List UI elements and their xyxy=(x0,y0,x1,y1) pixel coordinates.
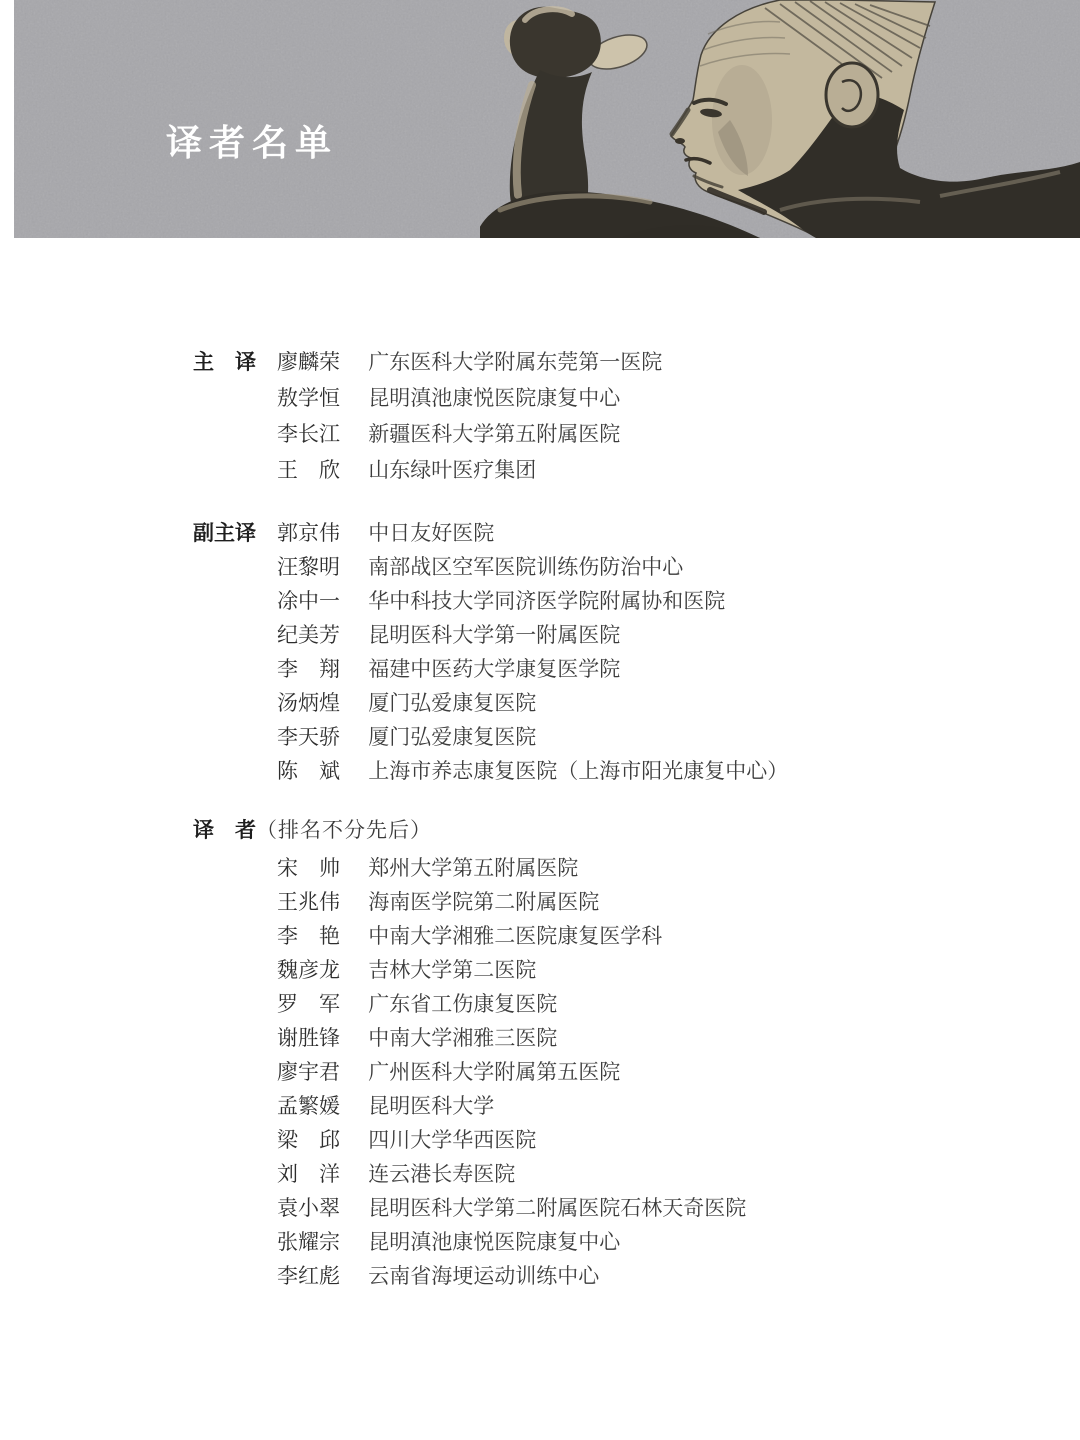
translator-name: 宋 帅 xyxy=(277,851,340,885)
translator-affiliation: 广东省工伤康复医院 xyxy=(368,992,557,1016)
translator-name: 李长江 xyxy=(277,416,340,452)
translator-name: 李 翔 xyxy=(277,652,340,686)
section-entries: 郭京伟 中日友好医院 汪黎明 南部战区空军医院训练伤防治中心 凃中一 华中科技大… xyxy=(277,516,1040,788)
translator-name: 汤炳煌 xyxy=(277,686,340,720)
section-role: 译 者 xyxy=(193,813,256,847)
translator-name: 李 艳 xyxy=(277,919,340,953)
translator-row: 孟繁媛 昆明医科大学 xyxy=(277,1089,1040,1123)
translator-row: 罗 军 广东省工伤康复医院 xyxy=(277,987,1040,1021)
translator-affiliation: 山东绿叶医疗集团 xyxy=(368,458,536,482)
translator-list: 主 译 廖麟荣 广东医科大学附属东莞第一医院 敖学恒 昆明滇池康悦医院康复中心 … xyxy=(193,344,1040,1293)
translator-affiliation: 南部战区空军医院训练伤防治中心 xyxy=(368,555,683,579)
translator-affiliation: 昆明滇池康悦医院康复中心 xyxy=(368,386,620,410)
translator-row: 郭京伟 中日友好医院 xyxy=(277,516,1040,550)
translator-row: 廖宇君 广州医科大学附属第五医院 xyxy=(277,1055,1040,1089)
translator-name: 廖麟荣 xyxy=(277,344,340,380)
translator-affiliation: 海南医学院第二附属医院 xyxy=(368,890,599,914)
translator-name: 罗 军 xyxy=(277,987,340,1021)
translator-row: 敖学恒 昆明滇池康悦医院康复中心 xyxy=(277,380,1040,416)
section-role-line: 主 译 xyxy=(193,344,256,380)
translator-affiliation: 吉林大学第二医院 xyxy=(368,958,536,982)
translator-affiliation: 中南大学湘雅三医院 xyxy=(368,1026,557,1050)
translator-name: 谢胜锋 xyxy=(277,1021,340,1055)
section-entries: 廖麟荣 广东医科大学附属东莞第一医院 敖学恒 昆明滇池康悦医院康复中心 李长江 … xyxy=(277,344,1040,488)
translator-name: 郭京伟 xyxy=(277,516,340,550)
section-role: 主 译 xyxy=(193,344,256,380)
translator-name: 凃中一 xyxy=(277,584,340,618)
translator-affiliation: 郑州大学第五附属医院 xyxy=(368,856,578,880)
translator-row: 谢胜锋 中南大学湘雅三医院 xyxy=(277,1021,1040,1055)
translator-row: 李 翔 福建中医药大学康复医学院 xyxy=(277,652,1040,686)
translator-affiliation: 四川大学华西医院 xyxy=(368,1128,536,1152)
translator-row: 纪美芳 昆明医科大学第一附属医院 xyxy=(277,618,1040,652)
translator-affiliation: 昆明医科大学 xyxy=(368,1094,494,1118)
translator-name: 魏彦龙 xyxy=(277,953,340,987)
section-note: （排名不分先后） xyxy=(256,813,432,847)
translator-row: 李长江 新疆医科大学第五附属医院 xyxy=(277,416,1040,452)
translator-row: 李红彪 云南省海埂运动训练中心 xyxy=(277,1259,1040,1293)
translator-name: 陈 斌 xyxy=(277,754,340,788)
translator-name: 廖宇君 xyxy=(277,1055,340,1089)
translator-section: 译 者 （排名不分先后） 宋 帅 郑州大学第五附属医院 王兆伟 海南医学院第二附… xyxy=(193,813,1040,1293)
translator-row: 李天骄 厦门弘爱康复医院 xyxy=(277,720,1040,754)
section-role: 副主译 xyxy=(193,516,256,550)
translator-name: 王兆伟 xyxy=(277,885,340,919)
translator-affiliation: 连云港长寿医院 xyxy=(368,1162,515,1186)
section-role-line: 译 者 （排名不分先后） xyxy=(193,813,1040,847)
translator-row: 汪黎明 南部战区空军医院训练伤防治中心 xyxy=(277,550,1040,584)
translator-name: 纪美芳 xyxy=(277,618,340,652)
translator-affiliation: 福建中医药大学康复医学院 xyxy=(368,657,620,681)
translator-name: 孟繁媛 xyxy=(277,1089,340,1123)
translator-affiliation: 华中科技大学同济医学院附属协和医院 xyxy=(368,589,725,613)
section-entries: 宋 帅 郑州大学第五附属医院 王兆伟 海南医学院第二附属医院 李 艳 中南大学湘… xyxy=(277,851,1040,1293)
translator-row: 宋 帅 郑州大学第五附属医院 xyxy=(277,851,1040,885)
chapter-banner: 译者名单 xyxy=(14,0,1080,238)
translator-section: 主 译 廖麟荣 广东医科大学附属东莞第一医院 敖学恒 昆明滇池康悦医院康复中心 … xyxy=(193,344,1040,488)
anatomy-figure-illustration xyxy=(480,0,1080,238)
translator-name: 汪黎明 xyxy=(277,550,340,584)
translator-affiliation: 昆明滇池康悦医院康复中心 xyxy=(368,1230,620,1254)
translator-row: 廖麟荣 广东医科大学附属东莞第一医院 xyxy=(277,344,1040,380)
translator-affiliation: 中日友好医院 xyxy=(368,521,494,545)
translator-row: 凃中一 华中科技大学同济医学院附属协和医院 xyxy=(277,584,1040,618)
translator-row: 王兆伟 海南医学院第二附属医院 xyxy=(277,885,1040,919)
translator-row: 刘 洋 连云港长寿医院 xyxy=(277,1157,1040,1191)
translator-name: 李红彪 xyxy=(277,1259,340,1293)
translator-affiliation: 广东医科大学附属东莞第一医院 xyxy=(368,350,662,374)
translator-affiliation: 新疆医科大学第五附属医院 xyxy=(368,422,620,446)
translator-row: 魏彦龙 吉林大学第二医院 xyxy=(277,953,1040,987)
translator-row: 王 欣 山东绿叶医疗集团 xyxy=(277,452,1040,488)
translator-affiliation: 云南省海埂运动训练中心 xyxy=(368,1264,599,1288)
translator-name: 李天骄 xyxy=(277,720,340,754)
translator-name: 袁小翠 xyxy=(277,1191,340,1225)
translator-affiliation: 中南大学湘雅二医院康复医学科 xyxy=(368,924,662,948)
translator-section: 副主译 郭京伟 中日友好医院 汪黎明 南部战区空军医院训练伤防治中心 凃中一 华… xyxy=(193,516,1040,788)
translator-affiliation: 昆明医科大学第二附属医院石林天奇医院 xyxy=(368,1196,746,1220)
translator-name: 刘 洋 xyxy=(277,1157,340,1191)
section-role-line: 副主译 xyxy=(193,516,256,550)
translator-name: 梁 邱 xyxy=(277,1123,340,1157)
book-page: 译者名单 主 译 廖麟荣 广东医科大学附属东莞第一医院 敖学恒 昆明滇池康悦医院… xyxy=(0,0,1080,1440)
translator-name: 王 欣 xyxy=(277,452,340,488)
translator-row: 袁小翠 昆明医科大学第二附属医院石林天奇医院 xyxy=(277,1191,1040,1225)
translator-affiliation: 广州医科大学附属第五医院 xyxy=(368,1060,620,1084)
translator-row: 李 艳 中南大学湘雅二医院康复医学科 xyxy=(277,919,1040,953)
translator-affiliation: 厦门弘爱康复医院 xyxy=(368,691,536,715)
translator-row: 陈 斌 上海市养志康复医院（上海市阳光康复中心） xyxy=(277,754,1040,788)
translator-affiliation: 上海市养志康复医院（上海市阳光康复中心） xyxy=(368,759,788,783)
translator-affiliation: 昆明医科大学第一附属医院 xyxy=(368,623,620,647)
translator-name: 张耀宗 xyxy=(277,1225,340,1259)
translator-name: 敖学恒 xyxy=(277,380,340,416)
translator-affiliation: 厦门弘爱康复医院 xyxy=(368,725,536,749)
page-title: 译者名单 xyxy=(166,122,338,164)
translator-row: 汤炳煌 厦门弘爱康复医院 xyxy=(277,686,1040,720)
translator-row: 梁 邱 四川大学华西医院 xyxy=(277,1123,1040,1157)
translator-row: 张耀宗 昆明滇池康悦医院康复中心 xyxy=(277,1225,1040,1259)
